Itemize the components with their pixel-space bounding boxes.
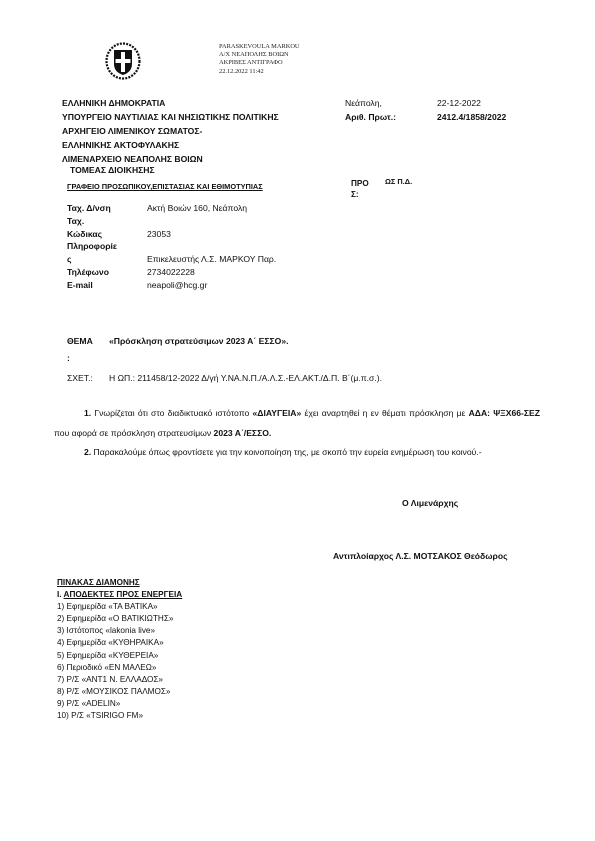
signatory-title: Ο Λιμενάρχης bbox=[402, 498, 458, 508]
section-title: ΑΠΟΔΕΚΤΕΣ ΠΡΟΣ ΕΝΕΡΓΕΙΑ bbox=[64, 590, 183, 599]
protocol-label: Αριθ. Πρωτ.: bbox=[345, 110, 437, 124]
protocol-number: 2412.4/1858/2022 bbox=[437, 110, 506, 124]
signatory-name: Αντιπλοίαρχος Λ.Σ. ΜΟΤΣΑΚΟΣ Θεόδωρος bbox=[333, 551, 508, 561]
address-value: Ακτή Βοιών 160, Νεάπολη bbox=[147, 202, 247, 215]
reference-block: ΣΧΕΤ.: Η ΩΠ.: 211458/12-2022 Δ/γή Υ.ΝΑ.Ν… bbox=[67, 373, 93, 383]
stamp-line: Α/Χ ΝΕΑΠΟΛΗΣ ΒΟΙΩΝ bbox=[219, 51, 300, 59]
list-item: 1) Εφημερίδα «ΤΑ ΒΑΤΙΚΑ» bbox=[57, 601, 182, 613]
reference-label: ΣΧΕΤ.: bbox=[67, 373, 93, 383]
list-item: 5) Εφημερίδα «ΚΥΘΕΡΕΙΑ» bbox=[57, 650, 182, 662]
paragraph-text: έχει αναρτηθεί η εν θέματι πρόσκληση με bbox=[301, 408, 468, 418]
info-value: Επικελευστής Λ.Σ. ΜΑΡΚΟΥ Παρ. bbox=[147, 253, 276, 266]
authority-line: ΕΛΛΗΝΙΚΗ ΔΗΜΟΚΡΑΤΙΑ bbox=[62, 96, 279, 110]
info-label: Πληροφορίε bbox=[67, 240, 147, 253]
authority-line: ΕΛΛΗΝΙΚΗΣ ΑΚΤΟΦΥΛΑΚΗΣ bbox=[62, 138, 279, 152]
document-date: 22-12-2022 bbox=[437, 96, 481, 110]
list-item: 9) Ρ/Σ «ADELIN» bbox=[57, 698, 182, 710]
postcode-value: 23053 bbox=[147, 228, 171, 241]
document-meta: Νεάπολη, 22-12-2022 Αριθ. Πρωτ.: 2412.4/… bbox=[345, 96, 506, 124]
issuing-authority: ΕΛΛΗΝΙΚΗ ΔΗΜΟΚΡΑΤΙΑ ΥΠΟΥΡΓΕΙΟ ΝΑΥΤΙΛΙΑΣ … bbox=[62, 96, 279, 177]
stamp-line: ΑΚΡΙΒΕΣ ΑΝΤΙΓΡΑΦΟ bbox=[219, 59, 300, 67]
paragraph-1: 1. Γνωρίζεται ότι στο διαδικτυακό ιστότο… bbox=[54, 404, 540, 443]
contact-details: Ταχ. Δ/νση Ακτή Βοιών 160, Νεάπολη Ταχ. … bbox=[67, 202, 276, 292]
recipient-value: ΩΣ Π.Δ. bbox=[385, 177, 412, 186]
paragraph-text: Παρακαλούμε όπως φροντίσετε για την κοιν… bbox=[91, 447, 481, 457]
info-label: ς bbox=[67, 253, 147, 266]
subject-value: «Πρόσκληση στρατεύσιμων 2023 Α΄ ΕΣΣΟ». bbox=[109, 336, 289, 346]
list-item: 6) Περιοδικό «ΕΝ ΜΑΛΕΩ» bbox=[57, 662, 182, 674]
email-value[interactable]: neapoli@hcg.gr bbox=[147, 279, 207, 292]
distribution-title: ΠΙΝΑΚΑΣ ΔΙΑΜΟΝΗΣ bbox=[57, 577, 182, 589]
letter-body: 1. Γνωρίζεται ότι στο διαδικτυακό ιστότο… bbox=[54, 404, 540, 463]
address-label: Ταχ. Δ/νση bbox=[67, 202, 147, 215]
digital-signature-stamp: PARASKEVOULA MARKOU Α/Χ ΝΕΑΠΟΛΗΣ ΒΟΙΩΝ Α… bbox=[219, 43, 300, 76]
distribution-list: ΠΙΝΑΚΑΣ ΔΙΑΜΟΝΗΣ Ι. ΑΠΟΔΕΚΤΕΣ ΠΡΟΣ ΕΝΕΡΓ… bbox=[57, 577, 182, 722]
stamp-line: PARASKEVOULA MARKOU bbox=[219, 43, 300, 51]
reference-value: Η ΩΠ.: 211458/12-2022 Δ/γή Υ.ΝΑ.Ν.Π./Α.Λ… bbox=[109, 373, 382, 383]
list-item: 3) Ιστότοπος «lakonia live» bbox=[57, 625, 182, 637]
postcode-label: Κώδικας bbox=[67, 228, 147, 241]
list-item: 4) Εφημερίδα «ΚΥΘΗΡΑΙΚΑ» bbox=[57, 637, 182, 649]
diavgeia-name: «ΔΙΑΥΓΕΙΑ» bbox=[253, 408, 302, 418]
recipient-label-line: ΠΡΟ bbox=[351, 178, 369, 189]
postcode-label: Ταχ. bbox=[67, 215, 147, 228]
recipient-label-line: Σ: bbox=[351, 189, 369, 200]
greek-coat-of-arms-icon bbox=[105, 42, 141, 80]
paragraph-text: Γνωρίζεται ότι στο διαδικτυακό ιστότοπο bbox=[91, 408, 252, 418]
subject-colon: : bbox=[67, 353, 70, 363]
authority-line: ΑΡΧΗΓΕΙΟ ΛΙΜΕΝΙΚΟΥ ΣΩΜΑΤΟΣ- bbox=[62, 124, 279, 138]
paragraph-2: 2. Παρακαλούμε όπως φροντίσετε για την κ… bbox=[54, 443, 540, 463]
list-item: 2) Εφημερίδα «Ο ΒΑΤΙΚΙΩΤΗΣ» bbox=[57, 613, 182, 625]
stamp-line: 22.12.2022 11:42 bbox=[219, 68, 300, 76]
list-item: 7) Ρ/Σ «ΑΝΤ1 Ν. ΕΛΛΑΔΟΣ» bbox=[57, 674, 182, 686]
list-item: 8) Ρ/Σ «ΜΟΥΣΙΚΟΣ ΠΑΛΜΟΣ» bbox=[57, 686, 182, 698]
office-name: ΓΡΑΦΕΙΟ ΠΡΟΣΩΠΙΚΟΥ,ΕΠΙΣΤΑΣΙΑΣ ΚΑΙ ΕΘΙΜΟΤ… bbox=[67, 182, 263, 191]
subject-label: ΘΕΜΑ bbox=[67, 336, 93, 346]
conscription-period: 2023 Α΄/ΕΣΣΟ. bbox=[214, 428, 272, 438]
place-label: Νεάπολη, bbox=[345, 96, 437, 110]
email-label: E-mail bbox=[67, 279, 147, 292]
phone-label: Τηλέφωνο bbox=[67, 266, 147, 279]
phone-value: 2734022228 bbox=[147, 266, 195, 279]
authority-line: ΥΠΟΥΡΓΕΙΟ ΝΑΥΤΙΛΙΑΣ ΚΑΙ ΝΗΣΙΩΤΙΚΗΣ ΠΟΛΙΤ… bbox=[62, 110, 279, 124]
recipient-label: ΠΡΟ Σ: bbox=[351, 178, 369, 200]
paragraph-text: που αφορά σε πρόσκληση στρατευσίμων bbox=[54, 428, 214, 438]
list-item: 10) Ρ/Σ «TSIRIGO FM» bbox=[57, 710, 182, 722]
ada-code: ΑΔΑ: ΨΞΧ66-ΣΕΖ bbox=[469, 408, 540, 418]
